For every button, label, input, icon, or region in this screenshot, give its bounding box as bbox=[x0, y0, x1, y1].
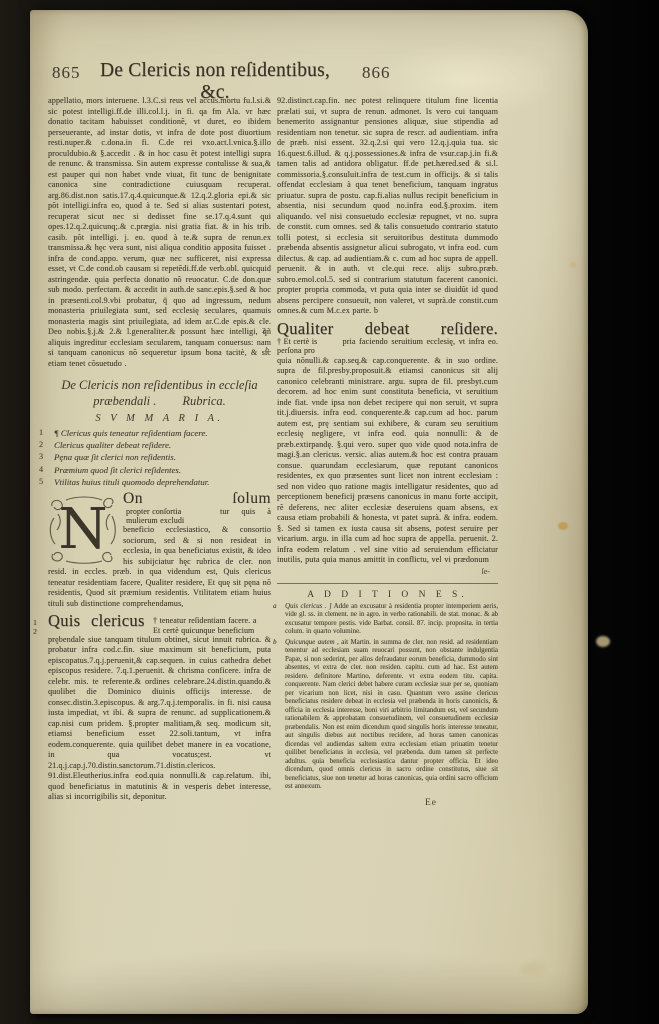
additiones-heading: A D D I T I O N E S. bbox=[277, 590, 498, 600]
paper-stain bbox=[520, 962, 546, 976]
opening-paragraph: N On ſolum propter conſortia mulierum ex… bbox=[48, 494, 271, 609]
book-page: 865 De Clericis non reſidentibus, &c. 86… bbox=[30, 10, 588, 1014]
margin-letter-b: b bbox=[265, 345, 269, 354]
note-lemma: Quicunque autem , bbox=[285, 639, 339, 646]
woodcut-initial-decoration: N bbox=[48, 496, 118, 564]
section-divider-rule bbox=[277, 583, 498, 584]
catchword: ſe- bbox=[277, 567, 498, 576]
summaria-item-text: Clericus qualiter debeat reſidere. bbox=[54, 440, 171, 450]
summaria-item-number: 5 bbox=[39, 476, 43, 488]
summaria-item: 5Vtilitas huius tituli quomodo deprehend… bbox=[54, 476, 271, 488]
right-text-column: b 92.distinct.cap.fin. nec potest relinq… bbox=[277, 96, 498, 808]
note-letter: b bbox=[273, 639, 276, 648]
ink-spot bbox=[570, 262, 577, 268]
summaria-list: 1¶ Clericus quis teneatur reſidentiam fa… bbox=[54, 427, 271, 488]
section-lead-lines: † Et certè isperſona pro bbox=[277, 337, 339, 356]
additio-note-b: bQuicunque autem , ait Martin. in summa … bbox=[277, 639, 498, 792]
left-column-continuation-paragraph: appellatio, mors interuene. l.3.C.si reu… bbox=[48, 96, 271, 369]
ink-spot bbox=[558, 522, 568, 530]
summaria-item-number: 1 bbox=[39, 427, 43, 439]
scan-background: 865 De Clericis non reſidentibus, &c. 86… bbox=[0, 0, 659, 1024]
summaria-item-text: Præmium quod ſit clerici reſidentes. bbox=[54, 465, 181, 475]
rubric-line-2: præbendali .Rubrica. bbox=[48, 394, 271, 410]
rubric-line-1: De Clericis non reſidentibus in eccleſia bbox=[48, 378, 271, 394]
summaria-item-text: Pęna quæ ſit clerici non reſidentis. bbox=[54, 452, 176, 462]
section-body-text: pria faciendo seruitium ecclesię, vt inf… bbox=[277, 337, 498, 564]
left-text-column: appellatio, mors interuene. l.3.C.si reu… bbox=[48, 96, 271, 803]
margin-number-digit: 2 bbox=[262, 327, 274, 336]
lead-line: perſona pro bbox=[277, 346, 339, 355]
section-qualiter-residere: 2 Qualiter debeat reſidere. † Et certè i… bbox=[277, 324, 498, 566]
folio-number-left: 865 bbox=[52, 63, 81, 83]
summaria-item: 2Clericus qualiter debeat reſidere. bbox=[54, 439, 271, 451]
rubric-title-end: præbendali . bbox=[93, 394, 156, 408]
summaria-item: 1¶ Clericus quis teneatur reſidentiam fa… bbox=[54, 427, 271, 439]
summaria-item-number: 4 bbox=[39, 464, 43, 476]
section-quis-clericus: 12 Quis clericus † teneatur reſidentiam … bbox=[48, 616, 271, 803]
page-edge-stain bbox=[596, 636, 610, 647]
summaria-heading: S V M M A R I A. bbox=[48, 413, 271, 424]
section-heading-quis-clericus: Quis clericus bbox=[48, 611, 145, 630]
summaria-item-text: ¶ Clericus quis teneatur reſidentiam fac… bbox=[54, 428, 207, 438]
note-letter: a bbox=[273, 603, 276, 612]
lead-line: † teneatur reſidentiam facere. a bbox=[153, 616, 271, 625]
folio-number-right: 866 bbox=[362, 63, 391, 83]
svg-text:N: N bbox=[58, 497, 107, 562]
additio-note-a: aQuis clericus . ] Adde an excusatur à r… bbox=[277, 603, 498, 637]
opening-side-note: propter conſortia mulierum excludi bbox=[126, 507, 208, 526]
summaria-item-number: 2 bbox=[39, 439, 43, 451]
summaria-item: 4Præmium quod ſit clerici reſidentes. bbox=[54, 464, 271, 476]
margin-numbers: 12 bbox=[33, 619, 45, 637]
margin-number: 2 bbox=[262, 327, 274, 336]
note-lemma: Quis clericus . ] bbox=[285, 603, 332, 610]
signature-mark: Ee bbox=[277, 798, 498, 808]
section-body-text: prębendale siue tanquam titulum obtinet,… bbox=[48, 635, 271, 802]
rubric-label: Rubrica. bbox=[182, 394, 225, 408]
summaria-item-text: Vtilitas huius tituli quomodo deprehenda… bbox=[54, 477, 209, 487]
lead-line: † Et certè is bbox=[277, 337, 339, 346]
ornate-initial-n: N bbox=[48, 496, 118, 564]
right-column-paragraph: 92.distinct.cap.fin. nec potest relinque… bbox=[277, 96, 498, 317]
lead-line: Et certè quicunque beneficium bbox=[153, 626, 271, 635]
section-heading-qualiter: Qualiter debeat reſidere. bbox=[277, 319, 498, 338]
note-text: ait Martin. in summa de cler. non resid.… bbox=[285, 639, 498, 791]
opening-words: On ſolum bbox=[123, 490, 271, 507]
summaria-item-number: 3 bbox=[39, 451, 43, 463]
summaria-item: 3Pęna quæ ſit clerici non reſidentis. bbox=[54, 451, 271, 463]
section-lead-lines: † teneatur reſidentiam facere. aEt certè… bbox=[153, 616, 271, 635]
running-head: 865 De Clericis non reſidentibus, &c. 86… bbox=[30, 60, 588, 90]
chapter-rubric: De Clericis non reſidentibus in eccleſia… bbox=[48, 378, 271, 409]
margin-number: 2 bbox=[33, 628, 45, 637]
